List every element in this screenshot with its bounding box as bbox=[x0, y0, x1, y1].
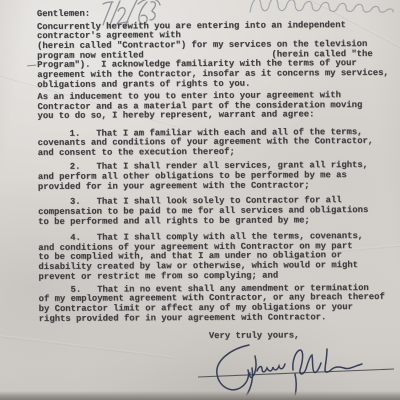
salutation: Gentlemen: bbox=[37, 10, 90, 20]
clause-4: 4. That I shall comply with all the term… bbox=[38, 232, 363, 282]
paper-bottom-edge bbox=[0, 391, 400, 400]
crease-mark bbox=[27, 65, 36, 67]
clause-3: 3. That I shall look solely to Contracto… bbox=[38, 196, 368, 227]
paragraph-inducement: As an inducement to you to enter into yo… bbox=[37, 91, 362, 122]
clause-2: 2. That I shall render all services, gra… bbox=[38, 161, 368, 192]
clause-5: 5. That in no event shall any amendment … bbox=[39, 283, 385, 324]
clause-1: 1. That I am familiar with each and all … bbox=[38, 128, 374, 159]
letter-page: Gentlemen: Concurrently herewith you are… bbox=[0, 0, 400, 400]
paragraph-intro: Concurrently herewith you are entering i… bbox=[37, 20, 389, 90]
